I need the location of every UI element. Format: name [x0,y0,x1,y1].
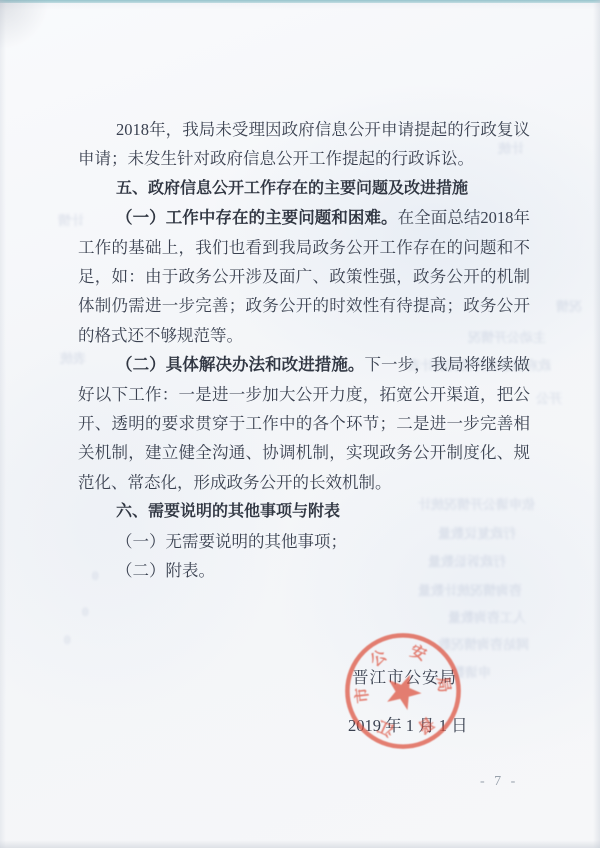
seal-ring-char: 局 [433,675,453,694]
text-segment-bold: 五、政府信息公开工作存在的主要问题及改进措施 [116,180,468,197]
bleedthrough-text: 人工咨询数量 [448,607,526,626]
text-segment: 申请；未发生针对政府信息公开工作提起的行政诉讼。 [78,149,474,168]
text-line: 工作的基础上，我们也看到我局政务公开工作存在的问题和不 [78,233,530,262]
text-segment: 下一步，我局将继续做 [364,355,530,374]
bleedthrough-text: 0 [82,604,89,620]
text-line: 开、透明的要求贯穿于工作中的各个环节；二是进一步完善相 [78,409,530,438]
text-segment: 在全面总结2018年 [398,208,530,227]
text-line: 五、政府信息公开工作存在的主要问题及改进措施 [78,174,530,203]
official-seal: 晋江市公安局 [342,630,464,752]
text-segment: 范化、常态化，形成政务公开的长效机制。 [78,473,392,492]
text-line: 关机制，建立健全沟通、协调机制，实现政务公开制度化、规 [78,438,530,467]
text-line: （二）附表。 [78,556,530,585]
text-line: 的格式还不够规范等。 [78,321,530,350]
text-segment: 足，如：由于政务公开涉及面广、政策性强，政务公开的机制 [78,267,530,286]
text-segment: （一）无需要说明的其他事项； [116,532,347,551]
text-segment: 工作的基础上，我们也看到我局政务公开工作存在的问题和不 [78,238,530,257]
text-segment-bold: 六、需要说明的其他事项与附表 [116,503,340,520]
scanned-document-page: 计统况情主动公开情况政府信息公开情况统计表开公依申请公开情况统计行政复议数量行政… [0,0,600,848]
text-line: 好以下工作：一是进一步加大公开力度，拓宽公开渠道，把公 [78,380,530,409]
seal-ring-char: 公 [367,646,391,670]
bleedthrough-text: 况情 [556,296,582,315]
text-line: 六、需要说明的其他事项与附表 [78,497,530,526]
text-line: （二）具体解决办法和改进措施。下一步，我局将继续做 [78,350,530,379]
text-segment: 关机制，建立健全沟通、协调机制，实现政务公开制度化、规 [78,443,530,462]
text-line: 申请；未发生针对政府信息公开工作提起的行政诉讼。 [78,144,530,173]
seal-ring-char: 江 [375,717,397,740]
text-segment: 好以下工作：一是进一步加大公开力度，拓宽公开渠道，把公 [78,385,530,404]
seal-ring-char: 安 [408,641,430,665]
seal-ring-char: 晋 [414,713,437,737]
text-line: 足，如：由于政务公开涉及面广、政策性强，政务公开的机制 [78,262,530,291]
text-line: 2018年，我局未受理因政府信息公开申请提起的行政复议 [78,115,530,144]
text-line: 范化、常态化，形成政务公开的长效机制。 [78,468,530,497]
text-line: （一）无需要说明的其他事项； [78,527,530,556]
page-number: - 7 - [480,774,518,790]
scan-edge-line [0,0,600,3]
text-segment-bold: （一）工作中存在的主要问题和困难。 [116,208,398,227]
text-segment: 体制仍需进一步完善；政务公开的时效性有待提高；政务公开 [78,296,530,315]
text-segment: 的格式还不够规范等。 [78,326,243,345]
bleedthrough-text: 开公 [536,388,562,407]
text-segment: （二）附表。 [116,561,215,580]
text-segment: 开、透明的要求贯穿于工作中的各个环节；二是进一步完善相 [78,414,530,433]
text-line: （一）工作中存在的主要问题和困难。在全面总结2018年 [78,203,530,232]
text-line: 体制仍需进一步完善；政务公开的时效性有待提高；政务公开 [78,291,530,320]
seal-star-icon [381,668,426,713]
bleedthrough-text: 0 [64,632,71,648]
document-lines: 2018年，我局未受理因政府信息公开申请提起的行政复议申请；未发生针对政府信息公… [78,115,530,586]
text-segment: 2018年，我局未受理因政府信息公开申请提起的行政复议 [116,120,530,139]
text-segment-bold: （二）具体解决办法和改进措施。 [116,355,364,374]
seal-ring-char: 市 [351,686,372,704]
